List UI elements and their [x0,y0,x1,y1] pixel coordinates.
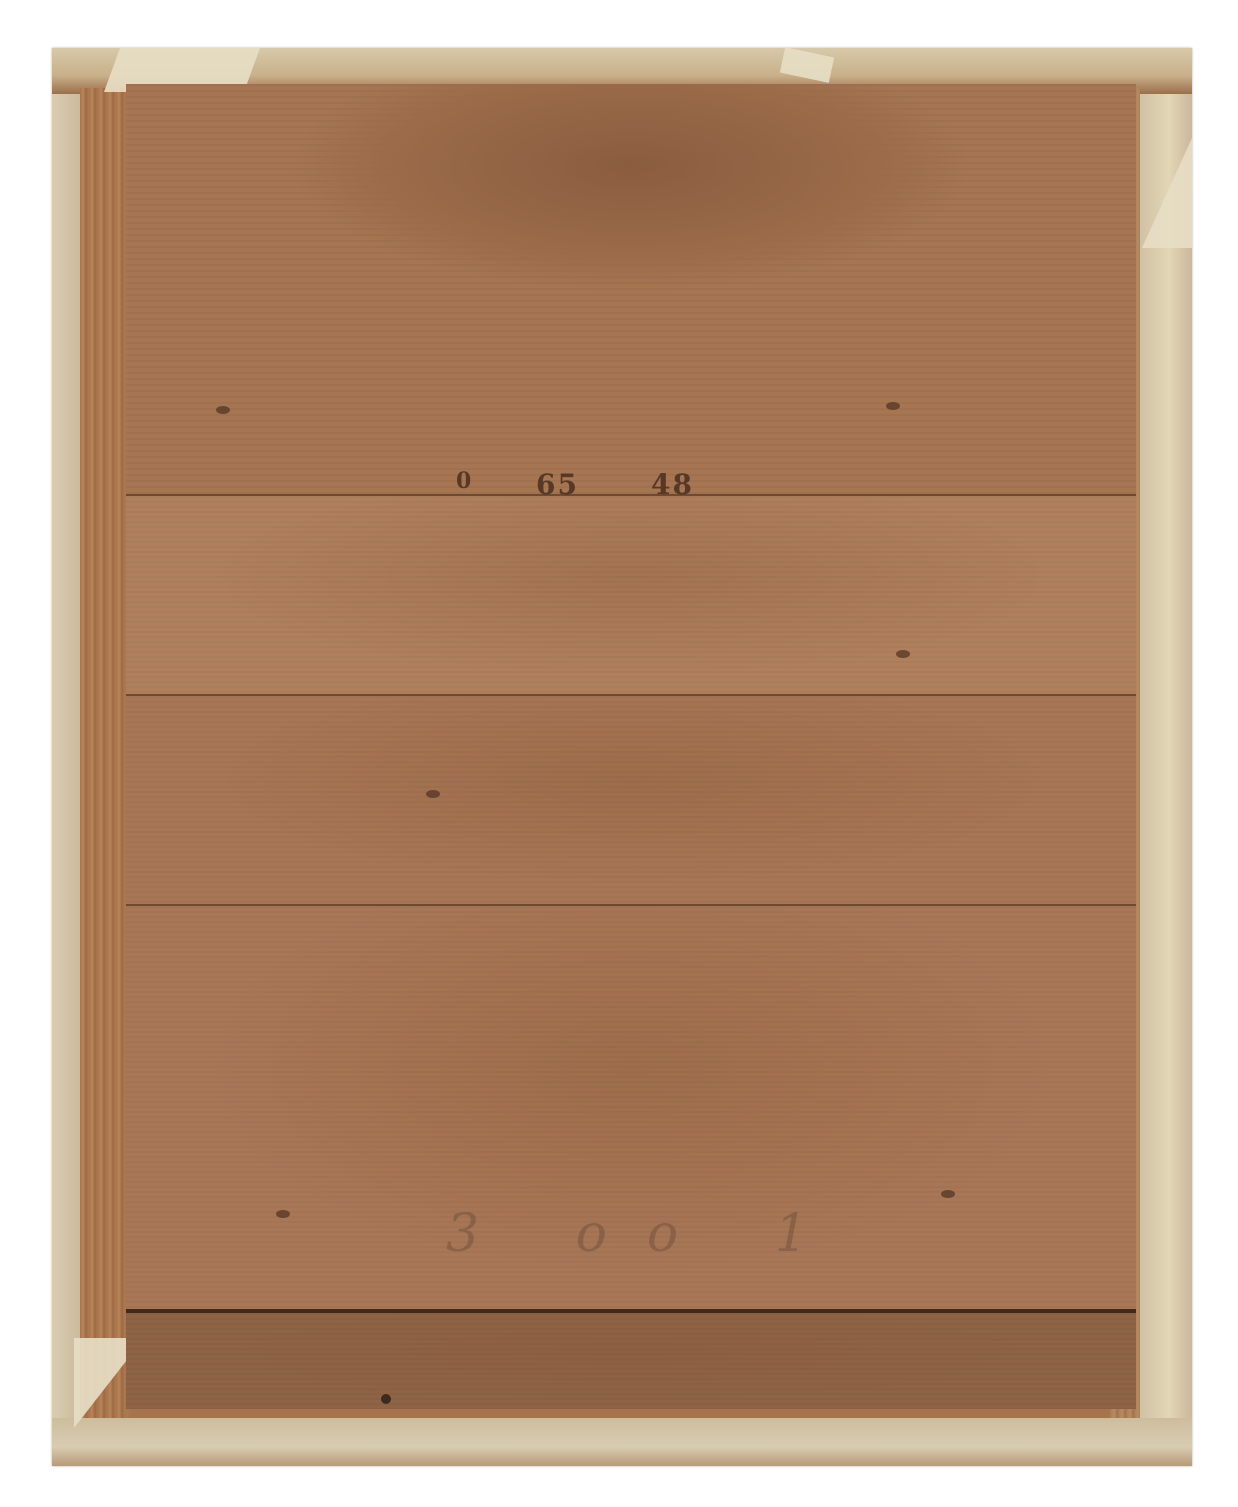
nail-head [381,1394,391,1404]
wood-knot [276,1210,290,1218]
wood-knot [941,1190,955,1198]
wood-panel: 0 65 48 3 oo 1 [126,84,1136,1409]
wood-knot [216,406,230,414]
wood-knot [426,790,440,798]
board-3 [126,694,1136,906]
left-stretcher-bar [80,88,126,1418]
board-2 [126,494,1136,696]
wooden-frame: 0 65 48 3 oo 1 [52,48,1192,1466]
stenciled-numbers: 0 65 48 [126,468,1136,508]
board-5 [126,1309,1136,1409]
stencil-mark-left: 0 [456,468,473,494]
board-1 [126,84,1136,494]
stencil-number-65: 65 [536,468,579,501]
frame-bottom-edge [52,1418,1192,1466]
wood-knot [896,650,910,658]
pencil-inscription: 3 oo 1 [446,1204,886,1284]
wood-knot [886,402,900,410]
stencil-number-48: 48 [651,468,694,501]
paper-tape-right-edge [1142,138,1192,248]
